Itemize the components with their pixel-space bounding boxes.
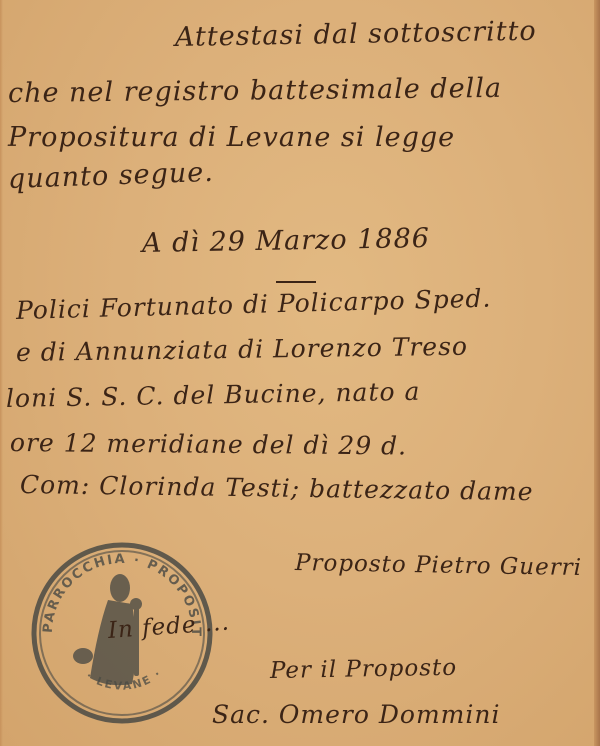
- record-line-1: Polici Fortunato di Policarpo Sped.: [16, 284, 492, 325]
- date-line: A dì 29 Marzo 1886: [142, 223, 430, 259]
- separator-dash: [276, 281, 316, 283]
- record-line-4: ore 12 meridiane del dì 29 d.: [10, 428, 407, 460]
- intro-line-1: Attestasi dal sottoscritto: [175, 16, 537, 53]
- intro-line-3: Propositura di Levane si legge: [8, 122, 455, 153]
- intro-line-4: quanto segue.: [7, 157, 214, 195]
- signature-proposto: Proposto Pietro Guerri: [295, 550, 582, 581]
- record-line-3: loni S. S. C. del Bucine, nato a: [6, 377, 421, 413]
- intro-line-2: che nel registro battesimale della: [8, 73, 502, 109]
- document-page: Attestasi dal sottoscritto che nel regis…: [0, 0, 600, 746]
- record-line-5: Com: Clorinda Testi; battezzato dame: [20, 470, 534, 506]
- paper-edge-right: [594, 0, 600, 746]
- paper-edge-left: [0, 0, 3, 746]
- signature-per-il-proposto: Per il Proposto: [270, 655, 458, 684]
- signature-sacerdote: Sac. Omero Dommini: [212, 700, 500, 729]
- record-line-2: e di Annunziata di Lorenzo Treso: [16, 332, 468, 367]
